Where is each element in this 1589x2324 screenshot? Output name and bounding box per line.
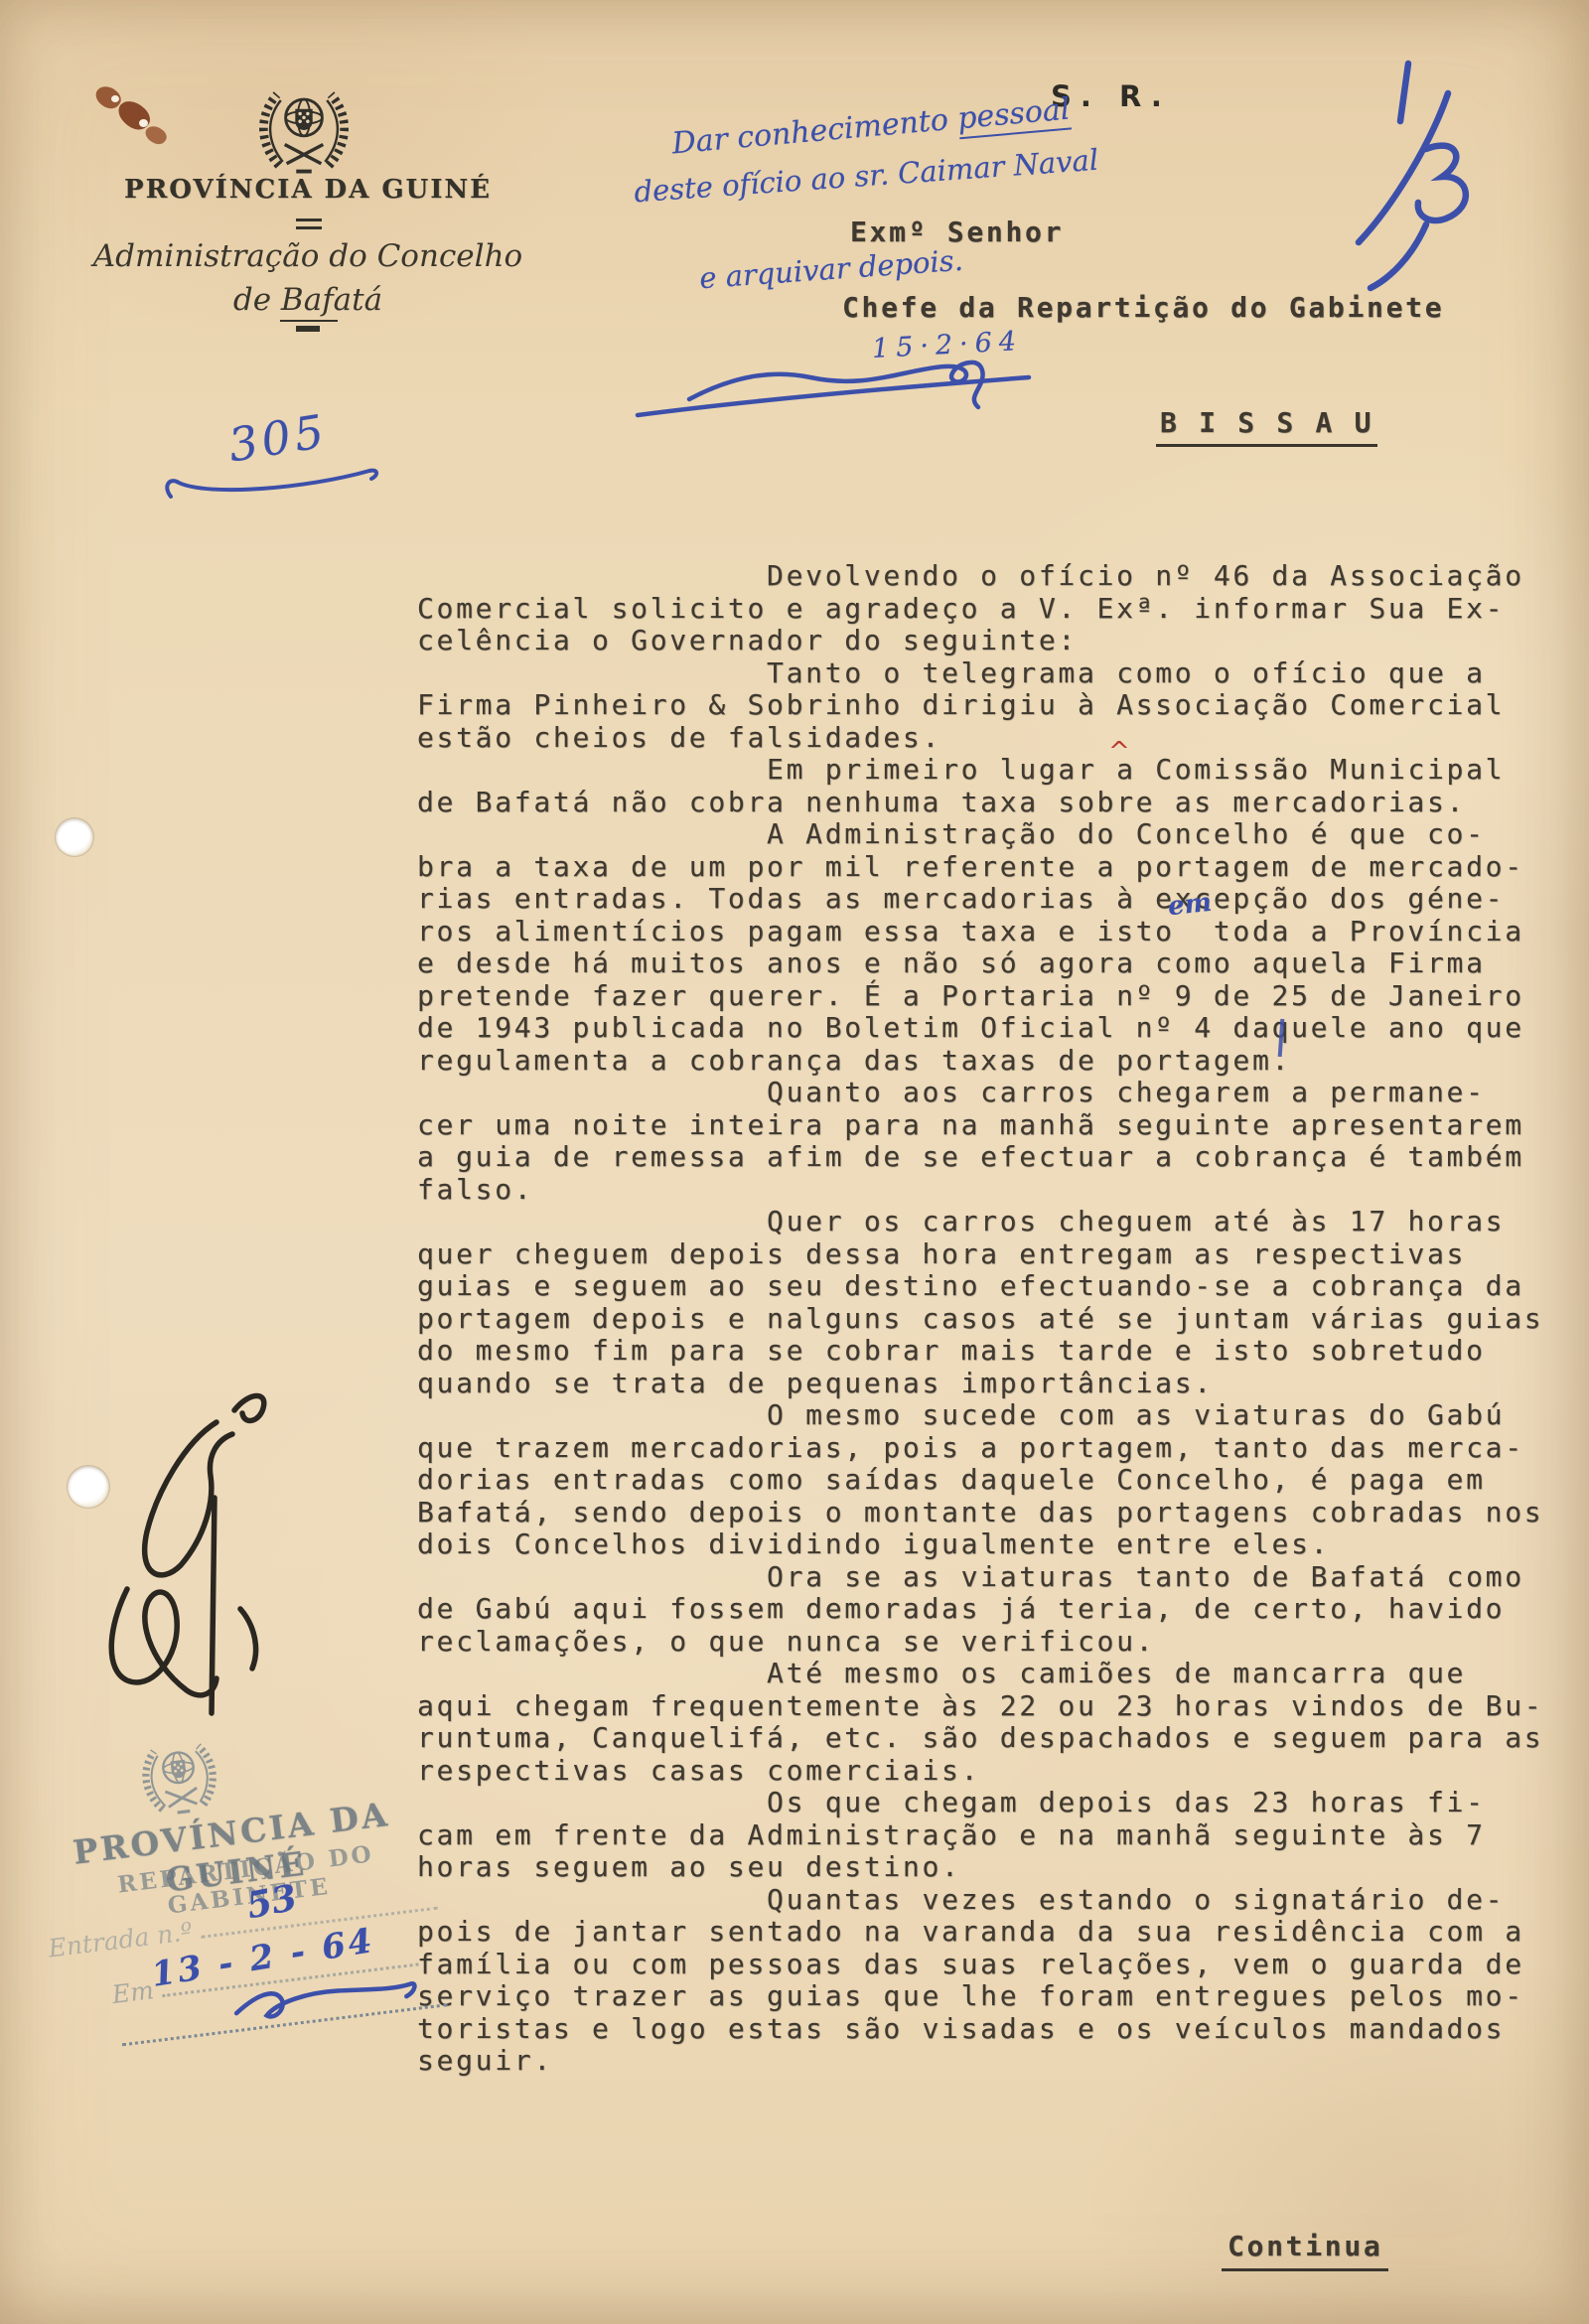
office-stamp: PROVÍNCIA DA GUINÉ REPARTIÇÃO DO GABINET… [0,1702,478,2063]
coat-of-arms-icon [246,77,361,181]
paragraph: Tanto o telegrama como o ofício que a Fi… [417,657,1559,755]
handwritten-insertion-em: em [1167,888,1214,922]
letter-body: Devolvendo o ofício nº 46 da Associação … [417,560,1559,2078]
paper-fleck [139,119,148,127]
handwritten-note-line3: e arquivar depois. [698,243,964,295]
margin-scribble-signature [66,1380,299,1723]
paragraph: Quantas vezes estando o signatário de- p… [417,1884,1559,2078]
stamp-date-label: Em [110,1975,155,2009]
signature [630,350,1037,429]
paragraph: Quanto aos carros chegarem a permane- ce… [417,1077,1559,1206]
letterhead-divider [296,218,322,229]
letterhead-divider [296,326,320,332]
corner-mark-1B [1327,50,1506,318]
punch-hole [56,818,93,856]
city-bissau: B I S S A U [1156,407,1377,447]
paragraph: Até mesmo os camiões de mancarra que aqu… [417,1658,1559,1787]
paragraph: Em primeiro lugar a Comissão Municipal d… [417,754,1559,818]
paragraph: A Administração do Concelho é que co- br… [417,818,1559,1077]
letterhead-office-line1: Administração do Concelho [79,238,536,274]
paper-fleck [111,95,119,102]
paragraph: Quer os carros cheguem até às 17 horas q… [417,1206,1559,1399]
note-text-underlined: pessoal [956,92,1072,140]
paragraph: Os que chegam depois das 23 horas fi- ca… [417,1787,1559,1884]
paragraph: Ora se as viaturas tanto de Bafatá como … [417,1561,1559,1659]
scanned-letter-page: PROVÍNCIA DA GUINÉ Administração do Conc… [0,0,1589,2324]
letterhead-province: PROVÍNCIA DA GUINÉ [109,175,506,205]
letterhead-divider [280,320,338,322]
paragraph: O mesmo sucede com as viaturas do Gabú q… [417,1399,1559,1561]
recipient-title: Chefe da Repartição do Gabinete [842,292,1444,325]
stamp-coat-of-arms-icon [127,1729,232,1825]
margin-number-flourish [157,463,385,508]
note-text: Dar conhecimento [670,101,959,161]
red-correction-mark: ^ [1108,737,1130,767]
continuation-note: Continua [1222,2231,1388,2271]
paragraph: Devolvendo o ofício nº 46 da Associação … [417,560,1559,657]
letterhead-office-line2: de Bafatá [79,282,536,318]
